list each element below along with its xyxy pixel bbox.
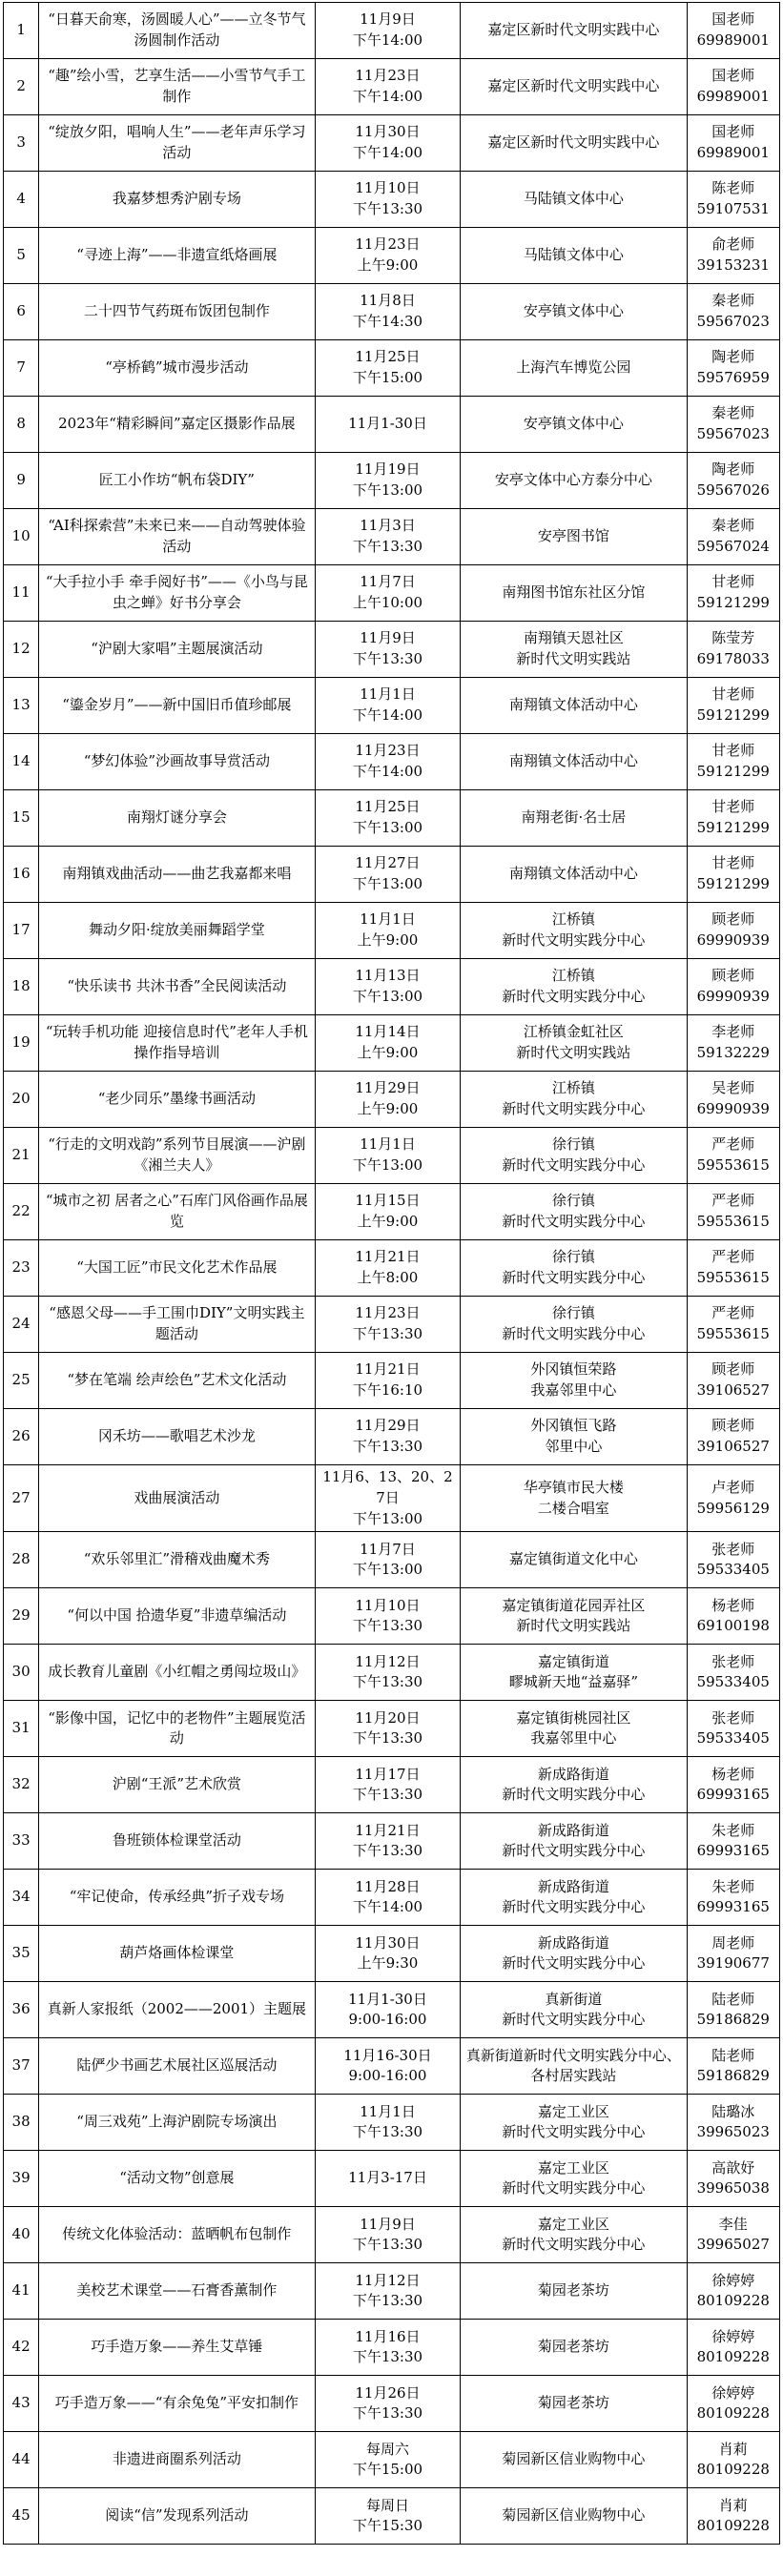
contact-phone: 80109228 <box>691 2516 776 2537</box>
activity-date-cell: 11月7日下午13:00 <box>315 1532 461 1588</box>
contact-cell: 卢老师59956129 <box>687 1465 780 1532</box>
contact-cell: 杨老师69993165 <box>687 1757 780 1813</box>
activity-date-cell: 11月27日下午13:00 <box>315 847 461 903</box>
contact-name: 张老师 <box>691 1708 776 1729</box>
date-line: 11月8日 <box>319 291 457 312</box>
activity-location-cell: 新成路街道新时代文明实践分中心 <box>461 1813 687 1870</box>
contact-name: 陆璐冰 <box>691 2102 776 2123</box>
date-line: 9:00-16:00 <box>319 2010 457 2031</box>
contact-name: 张老师 <box>691 1540 776 1561</box>
location-line: 邻里中心 <box>464 1437 682 1458</box>
date-line: 下午14:00 <box>319 705 457 726</box>
activity-location-cell: 菊园老茶坊 <box>461 2376 687 2432</box>
table-row: 35葫芦烙画体检课堂11月30日上午9:30新成路街道新时代文明实践分中心周老师… <box>4 1926 780 1982</box>
location-line: 新时代文明实践分中心 <box>464 1841 682 1862</box>
date-line: 下午13:30 <box>319 1785 457 1806</box>
date-line: 上午9:00 <box>319 930 457 951</box>
location-line: 江桥镇 <box>464 966 682 987</box>
contact-cell: 陆老师59186829 <box>687 2038 780 2095</box>
activity-name-cell: “影像中国，记忆中的老物件”主题展览活动 <box>39 1701 315 1757</box>
activity-name-cell: 2023年“精彩瞬间”嘉定区摄影作品展 <box>39 397 315 453</box>
location-line: 南翔图书馆东社区分馆 <box>464 583 682 603</box>
activity-location-cell: 安亭镇文体中心 <box>461 284 687 340</box>
table-row: 18“快乐读书 共沐书香”全民阅读活动11月13日下午13:00江桥镇新时代文明… <box>4 959 780 1015</box>
contact-name: 秦老师 <box>691 291 776 312</box>
date-line: 下午14:00 <box>319 762 457 783</box>
table-row: 38“周三戏苑”上海沪剧院专场演出11月1日下午13:30嘉定工业区新时代文明实… <box>4 2095 780 2151</box>
row-number-cell: 35 <box>4 1926 39 1982</box>
contact-cell: 严老师59553615 <box>687 1240 780 1297</box>
row-number-cell: 1 <box>4 3 39 59</box>
table-row: 11“大手拉小手 牵手阅好书”——《小鸟与昆虫之蝉》好书分享会11月7日上午10… <box>4 565 780 622</box>
row-number-cell: 2 <box>4 59 39 115</box>
contact-phone: 80109228 <box>691 2460 776 2481</box>
row-number-cell: 20 <box>4 1072 39 1128</box>
activity-date-cell: 每周六下午15:00 <box>315 2432 461 2488</box>
contact-phone: 59576959 <box>691 368 776 389</box>
location-line: 新时代文明实践分中心 <box>464 1212 682 1233</box>
location-line: 上海汽车博览公园 <box>464 358 682 378</box>
location-line: 新时代文明实践分中心 <box>464 1324 682 1345</box>
activity-location-cell: 新成路街道新时代文明实践分中心 <box>461 1926 687 1982</box>
contact-name: 顾老师 <box>691 1360 776 1380</box>
contact-name: 高歆妤 <box>691 2158 776 2179</box>
location-line: 马陆镇文体中心 <box>464 245 682 266</box>
activity-name-cell: 冈禾坊——歌唱艺术沙龙 <box>39 1409 315 1465</box>
table-row: 43巧手造万象——“有余兔兔”平安扣制作11月26日下午13:30菊园老茶坊徐婷… <box>4 2376 780 2432</box>
activity-date-cell: 11月30日上午9:30 <box>315 1926 461 1982</box>
table-row: 7“亭桥鹤”城市漫步活动11月25日下午15:00上海汽车博览公园陶老师5957… <box>4 340 780 397</box>
date-line: 11月20日 <box>319 1708 457 1729</box>
activity-date-cell: 11月1日下午13:00 <box>315 1128 461 1184</box>
contact-cell: 严老师59553615 <box>687 1297 780 1353</box>
activity-date-cell: 11月1日下午13:30 <box>315 2095 461 2151</box>
activity-location-cell: 嘉定镇街道文化中心 <box>461 1532 687 1588</box>
contact-name: 陶老师 <box>691 347 776 368</box>
location-line: 嘉定工业区 <box>464 2158 682 2179</box>
contact-cell: 肖莉80109228 <box>687 2488 780 2545</box>
contact-name: 肖莉 <box>691 2496 776 2517</box>
contact-name: 国老师 <box>691 122 776 143</box>
location-line: 嘉定镇街道 <box>464 1652 682 1673</box>
activity-name-cell: “牢记使命，传承经典”折子戏专场 <box>39 1870 315 1926</box>
activity-name-cell: 二十四节气药斑布饭团包制作 <box>39 284 315 340</box>
activity-name-cell: “趣”绘小雪，艺享生活——小雪节气手工制作 <box>39 59 315 115</box>
date-line: 下午13:00 <box>319 818 457 839</box>
activity-location-cell: 新成路街道新时代文明实践分中心 <box>461 1757 687 1813</box>
date-line: 下午14:00 <box>319 1897 457 1918</box>
contact-phone: 69989001 <box>691 87 776 108</box>
activity-location-cell: 南翔图书馆东社区分馆 <box>461 565 687 622</box>
table-row: 42巧手造万象——养生艾草锤11月16日下午13:30菊园老茶坊徐婷婷80109… <box>4 2320 780 2376</box>
table-row: 10“AI科探索营”未来已来——自动驾驶体验活动11月3日下午13:30安亭图书… <box>4 509 780 565</box>
date-line: 上午9:30 <box>319 1953 457 1974</box>
location-line: 徐行镇 <box>464 1191 682 1212</box>
row-number-cell: 19 <box>4 1015 39 1072</box>
location-line: 安亭镇文体中心 <box>464 414 682 435</box>
row-number-cell: 22 <box>4 1184 39 1240</box>
date-line: 11月29日 <box>319 1078 457 1099</box>
date-line: 下午13:30 <box>319 1437 457 1458</box>
date-line: 11月7日 <box>319 572 457 593</box>
location-line: 菊园新区信业购物中心 <box>464 2449 682 2470</box>
contact-phone: 59956129 <box>691 1499 776 1520</box>
activity-name-cell: 匠工小作坊“帆布袋DIY” <box>39 453 315 509</box>
activity-location-cell: 徐行镇新时代文明实践分中心 <box>461 1184 687 1240</box>
activity-location-cell: 外冈镇恒荣路我嘉邻里中心 <box>461 1353 687 1409</box>
contact-cell: 张老师59533405 <box>687 1701 780 1757</box>
location-line: 南翔镇文体活动中心 <box>464 864 682 885</box>
activity-location-cell: 嘉定镇街道疁城新天地“益嘉驿” <box>461 1645 687 1701</box>
location-line: 新时代文明实践站 <box>464 649 682 670</box>
table-row: 82023年“精彩瞬间”嘉定区摄影作品展11月1-30日安亭镇文体中心秦老师59… <box>4 397 780 453</box>
contact-name: 李老师 <box>691 1022 776 1043</box>
contact-phone: 39965027 <box>691 2235 776 2256</box>
contact-cell: 顾老师39106527 <box>687 1353 780 1409</box>
date-line: 11月30日 <box>319 1933 457 1954</box>
activity-name-cell: “周三戏苑”上海沪剧院专场演出 <box>39 2095 315 2151</box>
contact-phone: 59567024 <box>691 537 776 558</box>
contact-name: 严老师 <box>691 1135 776 1155</box>
date-line: 11月1日 <box>319 2102 457 2123</box>
contact-name: 秦老师 <box>691 516 776 537</box>
date-line: 11月19日 <box>319 460 457 480</box>
table-row: 5“寻迹上海”——非遗宣纸烙画展11月23日上午9:00马陆镇文体中心俞老师39… <box>4 228 780 284</box>
activity-location-cell: 南翔镇天恩社区新时代文明实践站 <box>461 622 687 678</box>
activity-date-cell: 11月13日下午13:00 <box>315 959 461 1015</box>
table-row: 45阅读“信”发现系列活动每周日下午15:30菊园新区信业购物中心肖莉80109… <box>4 2488 780 2545</box>
activity-date-cell: 11月10日下午13:30 <box>315 172 461 228</box>
table-row: 15南翔灯谜分享会11月25日下午13:00南翔老街·名士居甘老师5912129… <box>4 790 780 847</box>
activity-name-cell: “亭桥鹤”城市漫步活动 <box>39 340 315 397</box>
contact-name: 陈莹芳 <box>691 628 776 649</box>
contact-phone: 39190677 <box>691 1953 776 1974</box>
activity-name-cell: 非遗进商圈系列活动 <box>39 2432 315 2488</box>
row-number-cell: 27 <box>4 1465 39 1532</box>
date-line: 11月21日 <box>319 1821 457 1842</box>
location-line: 外冈镇恒荣路 <box>464 1360 682 1380</box>
row-number-cell: 29 <box>4 1588 39 1645</box>
row-number-cell: 24 <box>4 1297 39 1353</box>
activity-date-cell: 11月23日上午9:00 <box>315 228 461 284</box>
activity-name-cell: 我嘉梦想秀沪剧专场 <box>39 172 315 228</box>
activity-name-cell: “绽放夕阳，唱响人生”——老年声乐学习活动 <box>39 115 315 172</box>
location-line: 嘉定工业区 <box>464 2215 682 2236</box>
contact-name: 严老师 <box>691 1303 776 1324</box>
activity-date-cell: 11月21日下午13:30 <box>315 1813 461 1870</box>
contact-cell: 高歆妤39965038 <box>687 2151 780 2207</box>
date-line: 11月1日 <box>319 910 457 930</box>
location-line: 徐行镇 <box>464 1303 682 1324</box>
date-line: 上午10:00 <box>319 593 457 614</box>
date-line: 11月23日 <box>319 235 457 256</box>
activity-name-cell: 南翔灯谜分享会 <box>39 790 315 847</box>
date-line: 上午9:00 <box>319 256 457 276</box>
location-line: 新时代文明实践分中心 <box>464 930 682 951</box>
activity-location-cell: 马陆镇文体中心 <box>461 172 687 228</box>
activity-location-cell: 新成路街道新时代文明实践分中心 <box>461 1870 687 1926</box>
date-line: 11月14日 <box>319 1022 457 1043</box>
activity-name-cell: 沪剧“王派”艺术欣赏 <box>39 1757 315 1813</box>
date-line: 下午13:30 <box>319 1728 457 1749</box>
table-row: 36真新人家报纸（2002——2001）主题展11月1-30日9:00-16:0… <box>4 1982 780 2038</box>
contact-phone: 59132229 <box>691 1043 776 1064</box>
activity-location-cell: 江桥镇新时代文明实践分中心 <box>461 959 687 1015</box>
location-line: 嘉定区新时代文明实践中心 <box>464 133 682 153</box>
table-row: 2“趣”绘小雪，艺享生活——小雪节气手工制作11月23日下午14:00嘉定区新时… <box>4 59 780 115</box>
activity-location-cell: 嘉定镇街桃园社区我嘉邻里中心 <box>461 1701 687 1757</box>
activity-name-cell: 陆俨少书画艺术展社区巡展活动 <box>39 2038 315 2095</box>
date-line: 11月1-30日 <box>319 414 457 435</box>
activity-name-cell: “大手拉小手 牵手阅好书”——《小鸟与昆虫之蝉》好书分享会 <box>39 565 315 622</box>
activity-name-cell: 美校艺术课堂——石膏香薰制作 <box>39 2263 315 2320</box>
location-line: 徐行镇 <box>464 1247 682 1268</box>
date-line: 11月13日 <box>319 966 457 987</box>
date-line: 11月9日 <box>319 10 457 31</box>
location-line: 新时代文明实践分中心 <box>464 1268 682 1289</box>
table-row: 19“玩转手机功能 迎接信息时代”老年人手机操作指导培训11月14日上午9:00… <box>4 1015 780 1072</box>
contact-phone: 39965023 <box>691 2122 776 2143</box>
activity-name-cell: “快乐读书 共沐书香”全民阅读活动 <box>39 959 315 1015</box>
date-line: 上午9:00 <box>319 1099 457 1120</box>
contact-cell: 秦老师59567024 <box>687 509 780 565</box>
date-line: 11月25日 <box>319 347 457 368</box>
activity-date-cell: 11月1-30日9:00-16:00 <box>315 1982 461 2038</box>
activity-date-cell: 11月8日下午14:30 <box>315 284 461 340</box>
contact-cell: 俞老师39153231 <box>687 228 780 284</box>
activity-name-cell: 阅读“信”发现系列活动 <box>39 2488 315 2545</box>
row-number-cell: 34 <box>4 1870 39 1926</box>
activity-name-cell: 传统文化体验活动：蓝晒帆布包制作 <box>39 2207 315 2263</box>
contact-phone: 59553615 <box>691 1268 776 1289</box>
activity-location-cell: 菊园老茶坊 <box>461 2320 687 2376</box>
date-line: 上午9:00 <box>319 1212 457 1233</box>
location-line: 外冈镇恒飞路 <box>464 1416 682 1437</box>
row-number-cell: 12 <box>4 622 39 678</box>
row-number-cell: 28 <box>4 1532 39 1588</box>
activity-date-cell: 11月3-17日 <box>315 2151 461 2207</box>
table-row: 6二十四节气药斑布饭团包制作11月8日下午14:30安亭镇文体中心秦老师5956… <box>4 284 780 340</box>
location-line: 新时代文明实践站 <box>464 1043 682 1064</box>
contact-cell: 张老师59533405 <box>687 1645 780 1701</box>
activity-location-cell: 徐行镇新时代文明实践分中心 <box>461 1297 687 1353</box>
contact-cell: 秦老师59567023 <box>687 397 780 453</box>
activity-date-cell: 11月6、13、20、27日下午13:00 <box>315 1465 461 1532</box>
table-row: 26冈禾坊——歌唱艺术沙龙11月29日下午13:30外冈镇恒飞路邻里中心顾老师3… <box>4 1409 780 1465</box>
contact-phone: 59553615 <box>691 1324 776 1345</box>
contact-cell: 陈老师59107531 <box>687 172 780 228</box>
contact-phone: 80109228 <box>691 2403 776 2424</box>
date-line: 下午13:30 <box>319 2235 457 2256</box>
activity-location-cell: 马陆镇文体中心 <box>461 228 687 284</box>
activity-date-cell: 11月21日上午8:00 <box>315 1240 461 1297</box>
activity-name-cell: “行走的文明戏韵”系列节目展演——沪剧《湘兰夫人》 <box>39 1128 315 1184</box>
contact-phone: 59121299 <box>691 593 776 614</box>
activity-table: 1“日暮天俞寒，汤圆暖人心”——立冬节气汤圆制作活动11月9日下午14:00嘉定… <box>3 2 780 2545</box>
contact-name: 陆老师 <box>691 2046 776 2067</box>
date-line: 下午13:30 <box>319 2403 457 2424</box>
activity-name-cell: 南翔镇戏曲活动——曲艺我嘉都来唱 <box>39 847 315 903</box>
date-line: 11月26日 <box>319 2383 457 2404</box>
row-number-cell: 13 <box>4 678 39 734</box>
date-line: 下午13:30 <box>319 537 457 558</box>
date-line: 下午13:00 <box>319 1509 457 1530</box>
table-row: 34“牢记使命，传承经典”折子戏专场11月28日下午14:00新成路街道新时代文… <box>4 1870 780 1926</box>
activity-location-cell: 安亭图书馆 <box>461 509 687 565</box>
location-line: 嘉定区新时代文明实践中心 <box>464 76 682 97</box>
row-number-cell: 37 <box>4 2038 39 2095</box>
date-line: 11月27日 <box>319 853 457 874</box>
contact-phone: 39965038 <box>691 2178 776 2199</box>
contact-cell: 严老师59553615 <box>687 1184 780 1240</box>
location-line: 江桥镇金虹社区 <box>464 1022 682 1043</box>
activity-date-cell: 11月1日下午14:00 <box>315 678 461 734</box>
date-line: 下午13:30 <box>319 1672 457 1693</box>
activity-date-cell: 11月23日下午14:00 <box>315 59 461 115</box>
location-line: 我嘉邻里中心 <box>464 1380 682 1401</box>
activity-location-cell: 南翔老街·名士居 <box>461 790 687 847</box>
activity-name-cell: “大国工匠”市民文化艺术作品展 <box>39 1240 315 1297</box>
date-line: 下午13:30 <box>319 2347 457 2368</box>
location-line: 嘉定镇街桃园社区 <box>464 1708 682 1729</box>
date-line: 每周日 <box>319 2496 457 2517</box>
contact-phone: 59121299 <box>691 874 776 895</box>
date-line: 11月6、13、20、27日 <box>319 1467 457 1509</box>
contact-cell: 国老师69989001 <box>687 115 780 172</box>
row-number-cell: 10 <box>4 509 39 565</box>
activity-location-cell: 安亭文体中心方泰分中心 <box>461 453 687 509</box>
location-line: 各村居实践站 <box>464 2066 682 2087</box>
location-line: 新时代文明实践分中心 <box>464 1897 682 1918</box>
table-row: 25“梦在笔端 绘声绘色”艺术文化活动11月21日下午16:10外冈镇恒荣路我嘉… <box>4 1353 780 1409</box>
activity-date-cell: 11月16日下午13:30 <box>315 2320 461 2376</box>
date-line: 11月9日 <box>319 2215 457 2236</box>
table-row: 22“城市之初 居者之心”石库门风俗画作品展览11月15日上午9:00徐行镇新时… <box>4 1184 780 1240</box>
contact-name: 俞老师 <box>691 235 776 256</box>
table-row: 37陆俨少书画艺术展社区巡展活动11月16-30日9:00-16:00真新街道新… <box>4 2038 780 2095</box>
row-number-cell: 5 <box>4 228 39 284</box>
contact-name: 甘老师 <box>691 853 776 874</box>
contact-phone: 69993165 <box>691 1785 776 1806</box>
location-line: 真新街道新时代文明实践分中心、 <box>464 2046 682 2067</box>
table-row: 44非遗进商圈系列活动每周六下午15:00菊园新区信业购物中心肖莉8010922… <box>4 2432 780 2488</box>
contact-name: 国老师 <box>691 10 776 31</box>
contact-name: 秦老师 <box>691 403 776 424</box>
contact-name: 陆老师 <box>691 1990 776 2011</box>
date-line: 11月1日 <box>319 1135 457 1155</box>
table-row: 9匠工小作坊“帆布袋DIY”11月19日下午13:00安亭文体中心方泰分中心陶老… <box>4 453 780 509</box>
contact-phone: 59533405 <box>691 1672 776 1693</box>
location-line: 新成路街道 <box>464 1933 682 1954</box>
activity-location-cell: 真新街道新时代文明实践分中心、各村居实践站 <box>461 2038 687 2095</box>
contact-cell: 甘老师59121299 <box>687 565 780 622</box>
activity-location-cell: 徐行镇新时代文明实践分中心 <box>461 1128 687 1184</box>
activity-location-cell: 南翔镇文体活动中心 <box>461 734 687 790</box>
contact-phone: 59121299 <box>691 818 776 839</box>
activity-location-cell: 上海汽车博览公园 <box>461 340 687 397</box>
contact-cell: 张老师59533405 <box>687 1532 780 1588</box>
table-row: 24“感恩父母——手工围巾DIY”文明实践主题活动11月23日下午13:30徐行… <box>4 1297 780 1353</box>
location-line: 新时代文明实践站 <box>464 1616 682 1637</box>
location-line: 菊园新区信业购物中心 <box>464 2505 682 2526</box>
date-line: 下午13:00 <box>319 1155 457 1176</box>
contact-cell: 陶老师59576959 <box>687 340 780 397</box>
contact-phone: 69993165 <box>691 1897 776 1918</box>
activity-name-cell: “感恩父母——手工围巾DIY”文明实践主题活动 <box>39 1297 315 1353</box>
contact-name: 陶老师 <box>691 460 776 480</box>
table-row: 1“日暮天俞寒，汤圆暖人心”——立冬节气汤圆制作活动11月9日下午14:00嘉定… <box>4 3 780 59</box>
activity-date-cell: 11月12日下午13:30 <box>315 2263 461 2320</box>
contact-name: 国老师 <box>691 66 776 87</box>
table-row: 31“影像中国，记忆中的老物件”主题展览活动11月20日下午13:30嘉定镇街桃… <box>4 1701 780 1757</box>
activity-location-cell: 嘉定区新时代文明实践中心 <box>461 3 687 59</box>
date-line: 下午14:00 <box>319 87 457 108</box>
date-line: 下午13:30 <box>319 1616 457 1637</box>
activity-location-cell: 菊园新区信业购物中心 <box>461 2488 687 2545</box>
contact-cell: 甘老师59121299 <box>687 847 780 903</box>
date-line: 11月3-17日 <box>319 2168 457 2189</box>
location-line: 菊园老茶坊 <box>464 2393 682 2414</box>
activity-date-cell: 11月3日下午13:30 <box>315 509 461 565</box>
table-row: 33鲁班锁体检课堂活动11月21日下午13:30新成路街道新时代文明实践分中心朱… <box>4 1813 780 1870</box>
contact-phone: 59533405 <box>691 1728 776 1749</box>
row-number-cell: 31 <box>4 1701 39 1757</box>
date-line: 下午13:30 <box>319 649 457 670</box>
location-line: 马陆镇文体中心 <box>464 189 682 210</box>
contact-name: 张老师 <box>691 1652 776 1673</box>
contact-name: 卢老师 <box>691 1478 776 1499</box>
activity-date-cell: 11月29日下午13:30 <box>315 1409 461 1465</box>
date-line: 下午14:30 <box>319 312 457 333</box>
activity-location-cell: 嘉定区新时代文明实践中心 <box>461 59 687 115</box>
activity-location-cell: 菊园老茶坊 <box>461 2263 687 2320</box>
table-row: 20“老少同乐”墨缘书画活动11月29日上午9:00江桥镇新时代文明实践分中心吴… <box>4 1072 780 1128</box>
contact-cell: 徐婷婷80109228 <box>687 2320 780 2376</box>
date-line: 下午14:00 <box>319 143 457 164</box>
date-line: 11月10日 <box>319 178 457 199</box>
location-line: 真新街道 <box>464 1990 682 2011</box>
activity-name-cell: 巧手造万象——“有余兔兔”平安扣制作 <box>39 2376 315 2432</box>
location-line: 安亭镇文体中心 <box>464 301 682 322</box>
activity-name-cell: 巧手造万象——养生艾草锤 <box>39 2320 315 2376</box>
table-row: 13“鎏金岁月”——新中国旧币值珍邮展11月1日下午14:00南翔镇文体活动中心… <box>4 678 780 734</box>
contact-phone: 59121299 <box>691 762 776 783</box>
contact-name: 甘老师 <box>691 685 776 705</box>
date-line: 下午15:00 <box>319 2460 457 2481</box>
row-number-cell: 43 <box>4 2376 39 2432</box>
contact-name: 肖莉 <box>691 2440 776 2461</box>
contact-cell: 杨老师69100198 <box>687 1588 780 1645</box>
table-row: 39“活动文物”创意展11月3-17日嘉定工业区新时代文明实践分中心高歆妤399… <box>4 2151 780 2207</box>
activity-name-cell: 成长教育儿童剧《小红帽之勇闯垃圾山》 <box>39 1645 315 1701</box>
contact-phone: 69989001 <box>691 31 776 51</box>
activity-date-cell: 11月14日上午9:00 <box>315 1015 461 1072</box>
table-row: 21“行走的文明戏韵”系列节目展演——沪剧《湘兰夫人》11月1日下午13:00徐… <box>4 1128 780 1184</box>
activity-location-cell: 嘉定区新时代文明实践中心 <box>461 115 687 172</box>
location-line: 新时代文明实践分中心 <box>464 1099 682 1120</box>
row-number-cell: 3 <box>4 115 39 172</box>
contact-name: 严老师 <box>691 1247 776 1268</box>
row-number-cell: 14 <box>4 734 39 790</box>
activity-date-cell: 11月1日上午9:00 <box>315 903 461 959</box>
contact-phone: 80109228 <box>691 2347 776 2368</box>
activity-location-cell: 外冈镇恒飞路邻里中心 <box>461 1409 687 1465</box>
location-line: 新成路街道 <box>464 1765 682 1786</box>
activity-location-cell: 安亭镇文体中心 <box>461 397 687 453</box>
activity-date-cell: 11月15日上午9:00 <box>315 1184 461 1240</box>
date-line: 11月15日 <box>319 1191 457 1212</box>
contact-cell: 甘老师59121299 <box>687 678 780 734</box>
